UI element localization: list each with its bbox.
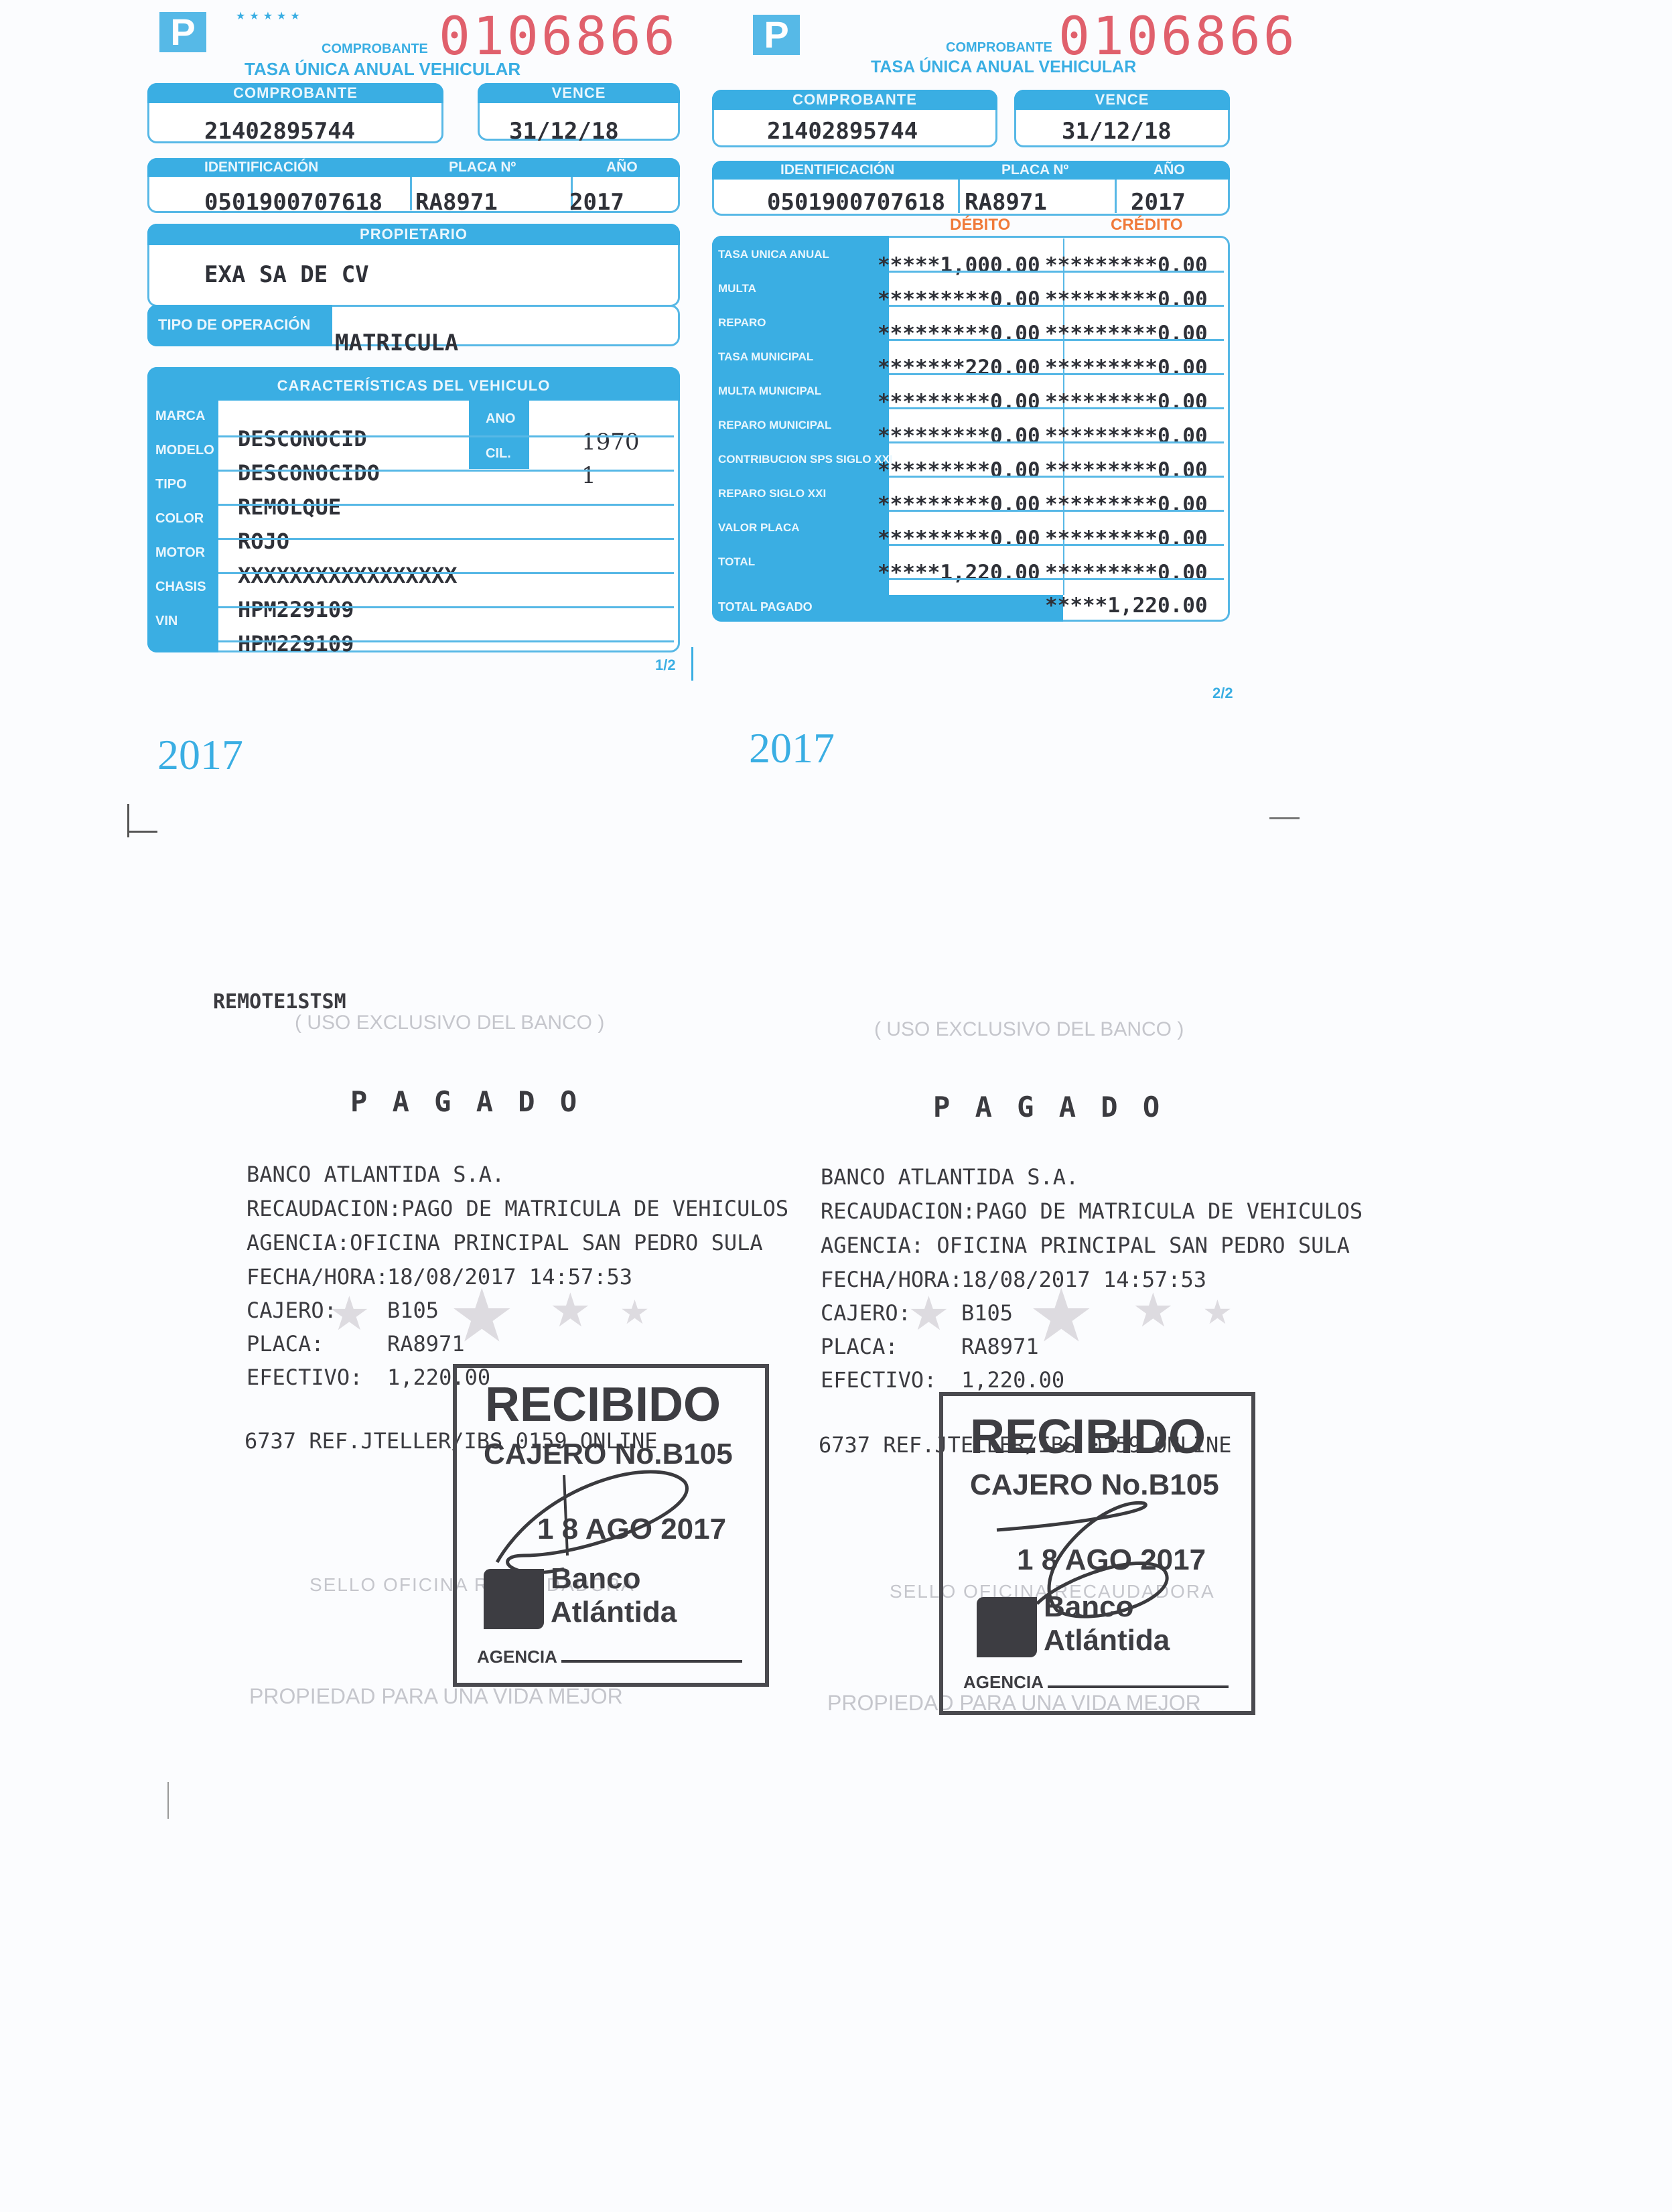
uso-exclusivo-caption: ( USO EXCLUSIVO DEL BANCO ) <box>874 1018 1184 1041</box>
charge-label: VALOR PLACA <box>718 521 800 535</box>
page-indicator: 1/2 <box>655 656 676 674</box>
agencia-line <box>561 1660 742 1663</box>
fecha-hora-value: 18/08/2017 14:57:53 <box>961 1267 1206 1292</box>
caracteristica-value: DESCONOCID <box>238 426 367 452</box>
bank-name-line: Atlántida <box>1044 1624 1170 1657</box>
placa-label: PLACA Nº <box>449 159 516 176</box>
credito-amount: *********0.00 <box>1045 287 1206 312</box>
bank-name-line: Atlántida <box>551 1596 677 1629</box>
vence-header: VENCE <box>478 83 680 103</box>
ip-logo-icon: P <box>159 12 206 52</box>
caracteristica-value: ROJO <box>238 529 289 554</box>
row-divider <box>889 305 1224 307</box>
fecha-hora-value: 18/08/2017 14:57:53 <box>387 1264 632 1290</box>
receipt-fields: FECHA/HORA:18/08/2017 14:57:53 CAJERO:B1… <box>821 1263 1206 1397</box>
caracteristica-value: DESCONOCIDO <box>238 460 380 486</box>
debito-amount: *********0.00 <box>878 527 1038 551</box>
page-indicator: 2/2 <box>1212 685 1233 702</box>
placa-value: RA8971 <box>961 1334 1039 1359</box>
debito-amount: *********0.00 <box>878 424 1038 448</box>
field-label: FECHA/HORA: <box>821 1263 961 1296</box>
credito-amount: *********0.00 <box>1045 492 1206 516</box>
placa-value: RA8971 <box>415 189 498 216</box>
receipt-line: AGENCIA: OFICINA PRINCIPAL SAN PEDRO SUL… <box>821 1229 1363 1263</box>
identificacion-label: IDENTIFICACIÓN <box>780 162 894 178</box>
placa-value: RA8971 <box>965 189 1047 216</box>
crop-mark <box>167 1782 169 1819</box>
placa-value: RA8971 <box>387 1331 465 1357</box>
charge-label: TASA MUNICIPAL <box>718 350 813 364</box>
caracteristica-label: COLOR <box>155 511 204 527</box>
anio-value: 2017 <box>1131 189 1186 216</box>
crop-mark <box>127 831 157 833</box>
banco-atlantida-logo-icon <box>977 1597 1037 1657</box>
caracteristica-value: HPM229109 <box>238 631 354 656</box>
stamp-bank-name: Banco Atlántida <box>551 1562 677 1629</box>
row-divider <box>218 470 674 472</box>
debito-amount: *********0.00 <box>878 287 1038 312</box>
stamp-title: RECIBIDO <box>485 1377 721 1432</box>
receipt-header-lines: BANCO ATLANTIDA S.A. RECAUDACION:PAGO DE… <box>247 1158 788 1260</box>
receipt-line: RECAUDACION:PAGO DE MATRICULA DE VEHICUL… <box>821 1194 1363 1229</box>
identificacion-label: IDENTIFICACIÓN <box>204 159 318 176</box>
agencia-label: AGENCIA <box>477 1647 557 1667</box>
anio-modelo-value: 1970 <box>581 429 640 456</box>
caracteristica-label: TIPO <box>155 477 187 492</box>
tipo-operacion-value: MATRICULA <box>335 330 458 356</box>
year-watermark: 2017 <box>157 730 243 780</box>
recibido-stamp: RECIBIDO CAJERO No.B105 1 8 AGO 2017 Ban… <box>939 1392 1255 1715</box>
field-label: CAJERO: <box>247 1294 387 1327</box>
credito-amount: *********0.00 <box>1045 322 1206 346</box>
cilindros-value: 1 <box>581 462 596 489</box>
comprobante-value: 21402895744 <box>204 118 355 145</box>
vence-value: 31/12/18 <box>509 118 619 145</box>
comprobante-value: 21402895744 <box>767 118 918 145</box>
divider <box>958 180 960 213</box>
anio-value: 2017 <box>569 189 624 216</box>
total-pagado-value: *****1,220.00 <box>1045 594 1206 618</box>
vence-value: 31/12/18 <box>1062 118 1172 145</box>
slogan: PROPIEDAD PARA UNA VIDA MEJOR <box>249 1684 623 1709</box>
caracteristica-label: CHASIS <box>155 579 206 595</box>
charge-label: REPARO SIGLO XXI <box>718 487 826 500</box>
propietario-value: EXA SA DE CV <box>204 261 369 288</box>
flag-stars-icon: ★★★★★ <box>236 9 304 23</box>
caracteristica-label: MARCA <box>155 409 205 424</box>
credito-amount: *********0.00 <box>1045 527 1206 551</box>
terminal-id: REMOTE1STSM <box>213 990 346 1014</box>
crop-mark <box>1269 817 1300 819</box>
row-divider <box>218 538 674 540</box>
charge-label: REPARO MUNICIPAL <box>718 419 831 432</box>
caracteristica-value: XXXXXXXXXXXXXXXXX <box>238 563 458 588</box>
anio-label: AÑO <box>1154 162 1185 178</box>
receipt-line: RECAUDACION:PAGO DE MATRICULA DE VEHICUL… <box>247 1192 788 1226</box>
agencia-label: AGENCIA <box>963 1672 1043 1692</box>
comprobante-header: COMPROBANTE <box>147 83 443 103</box>
comprobante-header: COMPROBANTE <box>712 90 997 110</box>
credito-label: CRÉDITO <box>1111 216 1183 234</box>
efectivo-value: 1,220.00 <box>961 1367 1064 1393</box>
anio-label: AÑO <box>606 159 638 176</box>
row-divider <box>889 373 1224 375</box>
row-divider <box>889 407 1224 409</box>
debito-amount: *********0.00 <box>878 322 1038 346</box>
paid-status: P A G A D O <box>933 1091 1164 1123</box>
receipt-line: AGENCIA:OFICINA PRINCIPAL SAN PEDRO SULA <box>247 1226 788 1260</box>
cajero-value: B105 <box>961 1300 1013 1326</box>
row-divider <box>218 572 674 574</box>
identificacion-value: 0501900707618 <box>204 189 382 216</box>
caracteristica-value: HPM229109 <box>238 597 354 622</box>
row-divider <box>889 441 1224 443</box>
row-divider <box>218 504 674 506</box>
row-divider <box>218 606 674 608</box>
credito-amount: *********0.00 <box>1045 561 1206 585</box>
row-divider <box>889 544 1224 546</box>
banco-atlantida-logo-icon <box>484 1569 544 1629</box>
document-title: TASA ÚNICA ANUAL VEHICULAR <box>245 59 520 80</box>
bank-name-line: Banco <box>551 1562 677 1596</box>
year-watermark: 2017 <box>749 723 835 773</box>
field-label: FECHA/HORA: <box>247 1260 387 1294</box>
caracteristica-label: MODELO <box>155 443 214 458</box>
comprobante-caption: COMPROBANTE <box>322 42 428 57</box>
tipo-operacion-label: TIPO DE OPERACIÓN <box>158 316 310 334</box>
credito-amount: *********0.00 <box>1045 390 1206 414</box>
total-pagado-label: TOTAL PAGADO <box>718 600 813 614</box>
ip-logo-icon: P <box>753 15 800 55</box>
debito-amount: *****1,000.00 <box>878 253 1038 277</box>
debito-amount: *********0.00 <box>878 492 1038 516</box>
credito-amount: *********0.00 <box>1045 424 1206 448</box>
receipt-header-lines: BANCO ATLANTIDA S.A. RECAUDACION:PAGO DE… <box>821 1160 1363 1263</box>
total-pagado-band <box>889 595 1063 622</box>
agencia-line <box>1048 1685 1229 1688</box>
field-label: EFECTIVO: <box>247 1361 387 1394</box>
bank-name-line: Banco <box>1044 1590 1170 1624</box>
star-icon: ★ <box>1202 1293 1233 1332</box>
recibido-stamp: RECIBIDO CAJERO No.B105 1 8 AGO 2017 Ban… <box>453 1364 769 1687</box>
charge-label: MULTA MUNICIPAL <box>718 385 821 398</box>
placa-label: PLACA Nº <box>1001 162 1068 178</box>
row-divider <box>218 640 674 642</box>
row-divider <box>889 578 1224 580</box>
row-divider <box>218 435 674 437</box>
debito-amount: *********0.00 <box>878 390 1038 414</box>
row-divider <box>889 476 1224 478</box>
stamp-agencia: AGENCIA <box>477 1647 742 1667</box>
field-label: PLACA: <box>821 1330 961 1363</box>
field-label: CAJERO: <box>821 1296 961 1330</box>
charge-label: CONTRIBUCION SPS SIGLO XXI <box>718 453 893 466</box>
caracteristicas-header: CARACTERÍSTICAS DEL VEHICULO <box>147 367 680 401</box>
debito-amount: *******220.00 <box>878 356 1038 380</box>
cajero-value: B105 <box>387 1298 439 1323</box>
caracteristicas-box <box>147 367 680 652</box>
debito-label: DÉBITO <box>950 216 1010 234</box>
identificacion-value: 0501900707618 <box>767 189 945 216</box>
caracteristica-label: MOTOR <box>155 545 205 561</box>
divider <box>691 647 693 681</box>
charge-label: MULTA <box>718 282 756 295</box>
divider <box>1115 180 1117 213</box>
debito-amount: *****1,220.00 <box>878 561 1038 585</box>
cil-label: CIL. <box>486 446 511 462</box>
row-divider <box>889 339 1224 341</box>
divider <box>410 177 412 210</box>
row-divider <box>889 510 1224 512</box>
row-divider <box>889 271 1224 273</box>
charge-label: REPARO <box>718 316 766 330</box>
charge-label: TASA UNICA ANUAL <box>718 248 829 261</box>
credito-amount: *********0.00 <box>1045 356 1206 380</box>
receipt-line: BANCO ATLANTIDA S.A. <box>821 1160 1363 1194</box>
receipt-line: BANCO ATLANTIDA S.A. <box>247 1158 788 1192</box>
caracteristica-value: REMOLQUE <box>238 494 341 520</box>
caracteristica-label: VIN <box>155 614 178 629</box>
voucher-number: 0106866 <box>439 7 678 67</box>
credito-amount: *********0.00 <box>1045 253 1206 277</box>
uso-exclusivo-caption: ( USO EXCLUSIVO DEL BANCO ) <box>295 1012 604 1034</box>
anio-label: ANO <box>486 411 515 427</box>
vence-header: VENCE <box>1014 90 1230 110</box>
charge-label: TOTAL <box>718 555 755 569</box>
comprobante-caption: COMPROBANTE <box>946 40 1052 56</box>
document-title: TASA ÚNICA ANUAL VEHICULAR <box>871 58 1136 77</box>
propietario-header: PROPIETARIO <box>147 224 680 245</box>
field-label: PLACA: <box>247 1327 387 1361</box>
debito-amount: *********0.00 <box>878 458 1038 482</box>
stamp-title: RECIBIDO <box>970 1409 1206 1464</box>
stamp-agencia: AGENCIA <box>963 1672 1229 1693</box>
stamp-bank-name: Banco Atlántida <box>1044 1590 1170 1657</box>
paid-status: P A G A D O <box>350 1085 581 1118</box>
credito-amount: *********0.00 <box>1045 458 1206 482</box>
